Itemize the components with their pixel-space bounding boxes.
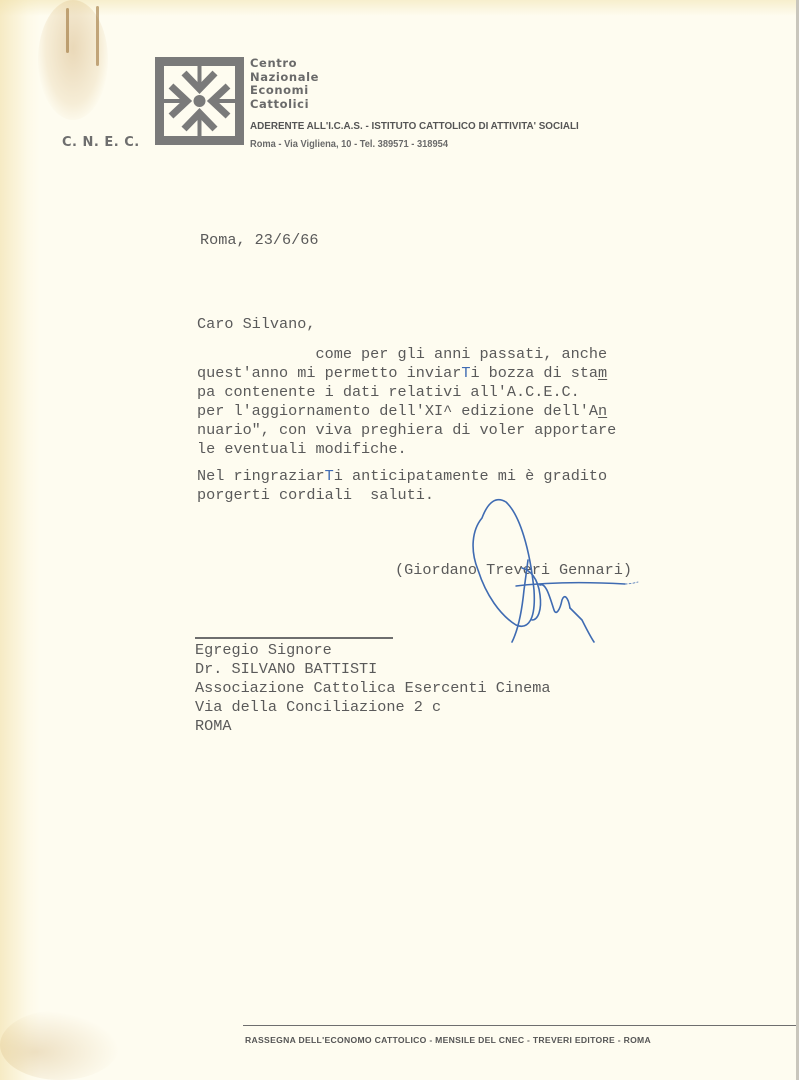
body-line: pa contenente i dati relativi all'A.C.E.… [197,383,580,401]
paper-age-stain [0,0,40,1080]
letter-date: Roma, 23/6/66 [200,231,318,250]
body-line: per l'aggiornamento dell'XI^ edizione de… [197,402,607,420]
underlined-letter: n [598,402,607,420]
body-line: nuario", con viva preghiera di voler app… [197,421,616,439]
letter-salutation: Caro Silvano, [197,315,315,334]
handwritten-signature-icon [420,470,640,650]
organization-address: Roma - Via Vigliena, 10 - Tel. 389571 - … [250,139,448,150]
underlined-letter: m [598,364,607,382]
organization-acronym: C. N. E. C. [62,135,140,150]
org-name-line: Nazionale [250,71,319,85]
closing-text: r [315,467,324,485]
org-name-line: Cattolici [250,98,319,112]
organization-adherence: ADERENTE ALL'I.C.A.S. - ISTITUTO CATTOLI… [250,120,579,132]
footer-publication-line: RASSEGNA DELL'ECONOMO CATTOLICO - MENSIL… [245,1035,651,1045]
footer-divider [243,1025,796,1026]
paper-age-stain [0,0,799,16]
recipient-line: Via della Conciliazione 2 c [195,698,441,716]
recipient-line: Egregio Signore [195,641,332,659]
body-line: le eventuali modifiche. [197,440,407,458]
recipient-line: ROMA [195,717,231,735]
stain-drip [96,6,99,66]
stain-drip [66,8,69,53]
water-stain [0,1010,120,1080]
letter-page: Centro Nazionale Economi Cattolici ADERE… [0,0,799,1080]
cnec-logo [155,57,244,145]
body-text: quest'anno mi permetto inviar [197,364,461,382]
org-name-line: Economi [250,84,319,98]
closing-text: Nel ringrazia [197,467,315,485]
letter-body: come per gli anni passati, anche quest'a… [197,345,616,459]
recipient-address: Egregio Signore Dr. SILVANO BATTISTI Ass… [195,641,550,736]
body-line: quest'anno mi permetto inviarTi bozza di… [197,364,607,382]
recipient-line: Dr. SILVANO BATTISTI [195,660,377,678]
body-line: come per gli anni passati, anche [197,345,607,363]
body-text: per l'aggiornamento dell'XI^ edizione de… [197,402,598,420]
organization-name: Centro Nazionale Economi Cattolici [250,57,319,111]
closing-line: porgerti cordiali saluti. [197,486,434,504]
ink-correction: T [325,467,334,485]
recipient-line: Associazione Cattolica Esercenti Cinema [195,679,550,697]
body-text: i bozza di sta [470,364,598,382]
org-name-line: Centro [250,57,319,71]
recipient-divider [195,637,393,639]
converging-arrows-logo-icon [155,57,244,145]
